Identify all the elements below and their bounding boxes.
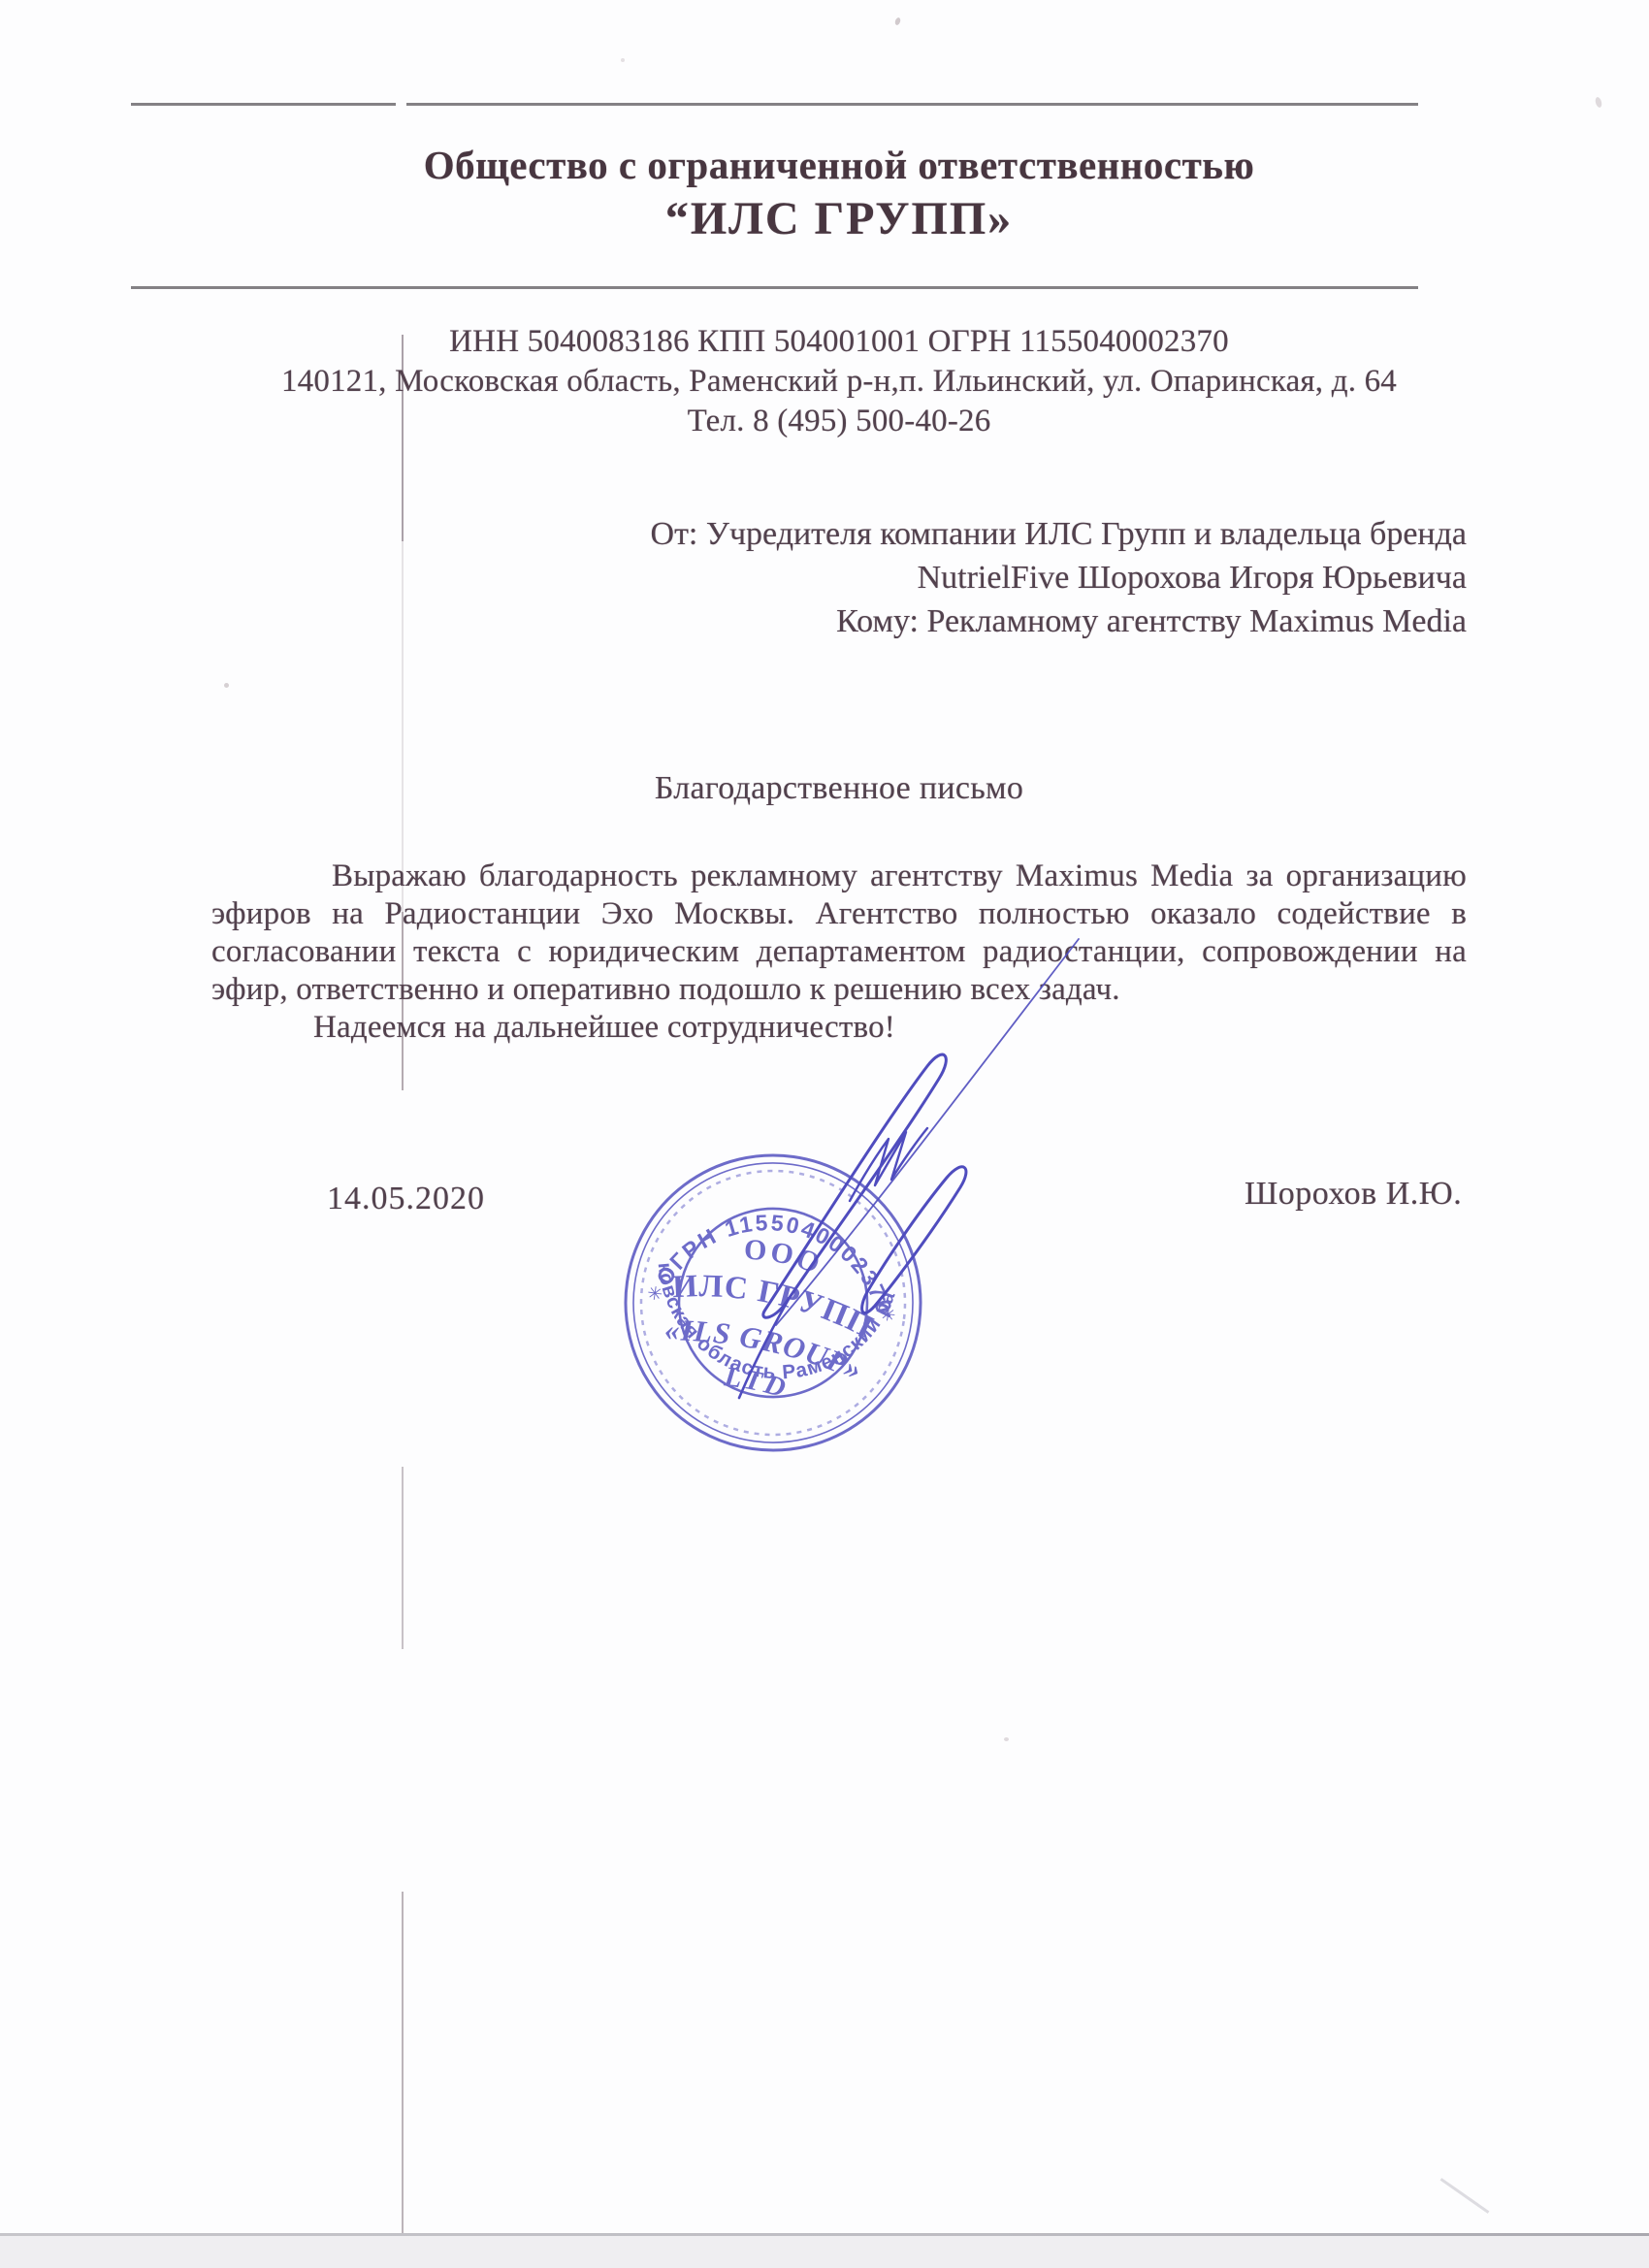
- signature-m-squiggle: [850, 1128, 927, 1201]
- scan-speck: [1595, 96, 1603, 108]
- scan-speck: [621, 58, 625, 62]
- phone-line: Тел. 8 (495) 500-40-26: [211, 402, 1467, 441]
- to-line: Кому: Рекламному агентству Maximus Media: [211, 599, 1467, 643]
- addressing-block: От: Учредителя компании ИЛС Групп и влад…: [211, 512, 1467, 643]
- org-name-title: “ИЛС ГРУПП»: [211, 192, 1467, 245]
- from-line-1: От: Учредителя компании ИЛС Групп и влад…: [211, 512, 1467, 556]
- scan-fold-line: [402, 541, 404, 912]
- scan-fold-line: [402, 335, 404, 541]
- letterhead-rule-top-left: [131, 103, 396, 106]
- scan-speck: [224, 683, 229, 688]
- handwritten-signature: [713, 912, 1101, 1426]
- stamp-star-left-icon: ✳: [646, 1283, 664, 1306]
- scan-speck: [894, 16, 901, 25]
- signature-long-loop: [763, 1054, 946, 1317]
- org-type-title: Общество с ограниченной ответственностью: [211, 142, 1467, 188]
- signatory-name: Шорохов И.Ю.: [1245, 1176, 1462, 1213]
- scan-fold-line: [402, 1467, 404, 1649]
- scanner-background-strip: [0, 2236, 1649, 2268]
- letterhead-rule-top-right: [406, 103, 1418, 106]
- body-line-1: Выражаю благодарность рекламному агентст…: [211, 858, 1467, 895]
- letter-title: Благодарственное письмо: [211, 770, 1467, 807]
- signature-flourish-line: [776, 939, 1079, 1325]
- letterhead-info-block: ИНН 5040083186 КПП 504001001 ОГРН 115504…: [211, 322, 1467, 441]
- scan-fold-line: [402, 912, 404, 1090]
- signature-right-loop: [862, 1167, 966, 1313]
- scan-fold-line: [402, 1892, 404, 2233]
- letterhead-rule-bottom: [131, 286, 1418, 289]
- requisites-line: ИНН 5040083186 КПП 504001001 ОГРН 115504…: [211, 322, 1467, 362]
- address-line: 140121, Московская область, Раменский р-…: [211, 362, 1467, 402]
- from-line-2: NutrielFive Шорохова Игоря Юрьевича: [211, 556, 1467, 599]
- letter-date: 14.05.2020: [327, 1181, 485, 1217]
- page-corner-shadow: [1440, 2178, 1490, 2214]
- scan-speck: [1004, 1737, 1009, 1741]
- scanned-letter-page: Общество с ограниченной ответственностью…: [0, 0, 1649, 2268]
